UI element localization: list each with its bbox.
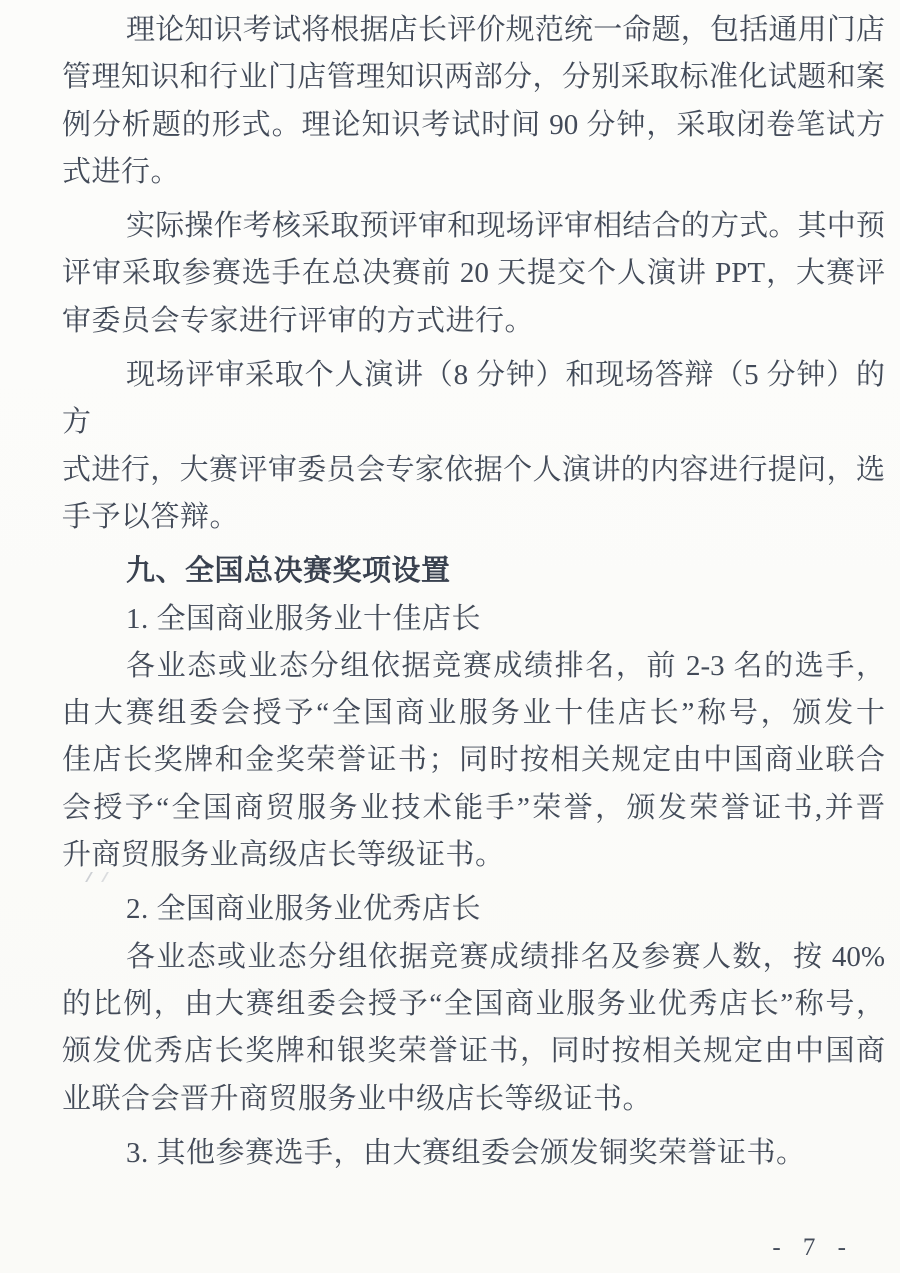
text-line: 各业态或业态分组依据竞赛成绩排名及参赛人数，按 40% [62,934,885,981]
text-line: 管理知识和行业门店管理知识两部分，分别采取标准化试题和案 [62,54,885,101]
paragraph-block: 各业态或业态分组依据竞赛成绩排名，前 2-3 名的选手，由大赛组委会授予“全国商… [62,643,885,879]
list-item-block: 2. 全国商业服务业优秀店长 [62,886,885,933]
page-number: - 7 - [772,1234,854,1262]
document-page: 理论知识考试将根据店长评价规范统一命题，包括通用门店管理知识和行业门店管理知识两… [0,0,900,1273]
document-body: 理论知识考试将根据店长评价规范统一命题，包括通用门店管理知识和行业门店管理知识两… [62,7,885,1177]
text-line: 3. 其他参赛选手，由大赛组委会颁发铜奖荣誉证书。 [62,1130,885,1177]
text-line: 升商贸服务业高级店长等级证书。 [62,832,885,879]
paragraph-block: 实际操作考核采取预评审和现场评审相结合的方式。其中预评审采取参赛选手在总决赛前 … [62,203,885,345]
text-line: 会授予“全国商贸服务业技术能手”荣誉，颁发荣誉证书,并晋 [62,785,885,832]
text-line: 2. 全国商业服务业优秀店长 [62,886,885,933]
paragraph-block: 理论知识考试将根据店长评价规范统一命题，包括通用门店管理知识和行业门店管理知识两… [62,7,885,196]
text-line: 审委员会专家进行评审的方式进行。 [62,298,885,345]
text-line: 式进行。 [62,149,885,196]
section-heading: 九、全国总决赛奖项设置 [62,548,885,595]
list-item-block: 3. 其他参赛选手，由大赛组委会颁发铜奖荣誉证书。 [62,1130,885,1177]
text-line: 现场评审采取个人演讲（8 分钟）和现场答辩（5 分钟）的方 [62,352,885,447]
text-line: 颁发优秀店长奖牌和银奖荣誉证书，同时按相关规定由中国商 [62,1028,885,1075]
text-line: 实际操作考核采取预评审和现场评审相结合的方式。其中预 [62,203,885,250]
text-line: 理论知识考试将根据店长评价规范统一命题，包括通用门店 [62,7,885,54]
text-line: 由大赛组委会授予“全国商业服务业十佳店长”称号，颁发十 [62,690,885,737]
paragraph-block: 各业态或业态分组依据竞赛成绩排名及参赛人数，按 40%的比例，由大赛组委会授予“… [62,934,885,1123]
text-line: 各业态或业态分组依据竞赛成绩排名，前 2-3 名的选手， [62,643,885,690]
text-line: 佳店长奖牌和金奖荣誉证书；同时按相关规定由中国商业联合 [62,737,885,784]
paragraph-block: 现场评审采取个人演讲（8 分钟）和现场答辩（5 分钟）的方式进行，大赛评审委员会… [62,352,885,541]
text-line: 例分析题的形式。理论知识考试时间 90 分钟，采取闭卷笔试方 [62,102,885,149]
text-line: 九、全国总决赛奖项设置 [62,548,885,595]
text-line: 业联合会晋升商贸服务业中级店长等级证书。 [62,1076,885,1123]
text-line: 手予以答辩。 [62,494,885,541]
text-line: 式进行，大赛评审委员会专家依据个人演讲的内容进行提问，选 [62,447,885,494]
text-line: 1. 全国商业服务业十佳店长 [62,596,885,643]
text-line: 评审采取参赛选手在总决赛前 20 天提交个人演讲 PPT，大赛评 [62,250,885,297]
list-item-block: 1. 全国商业服务业十佳店长 [62,596,885,643]
text-line: 的比例，由大赛组委会授予“全国商业服务业优秀店长”称号， [62,981,885,1028]
